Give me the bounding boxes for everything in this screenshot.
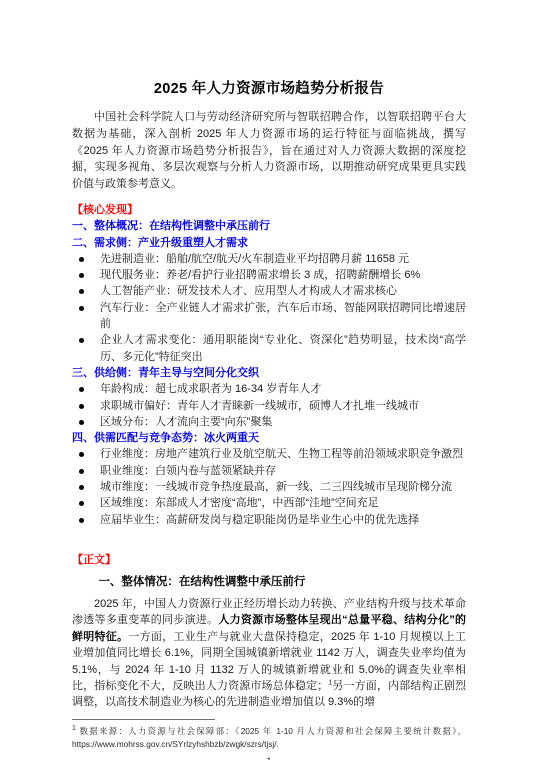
list-item: 企业人才需求变化：通用职能岗“专业化、资深化”趋势明显，技术岗“高学历、多元化”… (72, 332, 466, 365)
list-item: 区域分布：人才流向主要“向东”聚集 (72, 414, 466, 430)
list-item: 现代服务业：养老/看护行业招聘需求增长 3 成，招聘薪酬增长 6% (72, 267, 466, 283)
bullet-dot-icon (79, 469, 84, 474)
bullet-dot-icon (79, 273, 84, 278)
list-item: 城市维度：一线城市竞争热度最高，新一线、二三四线城市呈现阶梯分流 (72, 479, 466, 495)
main-body-section: 【正文】 一、整体情况：在结构性调整中承压前行 2025 年，中国人力资源行业正… (72, 551, 466, 711)
core-findings-header: 【核心发现】 (72, 202, 466, 218)
finding-heading-1: 一、整体概况：在结构性调整中承压前行 (72, 218, 466, 234)
list-item-text: 求职城市偏好：青年人才青睐新一线城市，硕博人才扎堆一线城市 (100, 400, 419, 412)
list-item-text: 行业维度：房地产建筑行业及航空航天、生物工程等前沿领域求职竞争激烈 (100, 448, 463, 460)
finding-heading-4: 四、供需匹配与竞争态势：冰火两重天 (72, 430, 466, 446)
report-title: 2025 年人力资源市场趋势分析报告 (72, 80, 466, 98)
document-page: 2025 年人力资源市场趋势分析报告 中国社会科学院人口与劳动经济研究所与智联招… (0, 0, 538, 760)
bullet-dot-icon (79, 420, 84, 425)
footnote-text: 数据来源：人力资源与社会保障部：《2025 年 1-10 月人力资源和社会保障主… (72, 726, 466, 750)
list-item-text: 区域分布：人才流向主要“向东”聚集 (100, 416, 272, 428)
body-section-heading: 一、整体情况：在结构性调整中承压前行 (98, 574, 466, 590)
list-item-text: 年龄构成：超七成求职者为 16-34 岁青年人才 (100, 383, 321, 395)
finding-heading-2: 二、需求侧：产业升级重塑人才需求 (72, 235, 466, 251)
list-item: 先进制造业：船舶/航空/航天/火车制造业平均招聘月薪 11658 元 (72, 251, 466, 267)
list-item-text: 汽车行业：全产业链人才需求扩张，汽车后市场、智能网联招聘同比增速居前 (100, 302, 466, 330)
list-item-text: 职业维度：白领内卷与蓝领紧缺并存 (100, 465, 276, 477)
list-item: 年龄构成：超七成求职者为 16-34 岁青年人才 (72, 381, 466, 397)
bullet-dot-icon (79, 518, 84, 523)
footnote: 1 数据来源：人力资源与社会保障部：《2025 年 1-10 月人力资源和社会保… (72, 725, 466, 752)
list-item: 职业维度：白领内卷与蓝领紧缺并存 (72, 463, 466, 479)
bullet-dot-icon (79, 257, 84, 262)
bullet-dot-icon (79, 387, 84, 392)
list-item: 行业维度：房地产建筑行业及航空航天、生物工程等前沿领域求职竞争激烈 (72, 446, 466, 462)
finding-heading-3: 三、供给侧：青年主导与空间分化交织 (72, 365, 466, 381)
bullet-dot-icon (79, 485, 84, 490)
bullet-dot-icon (79, 338, 84, 343)
list-item-text: 应届毕业生：高薪研发岗与稳定职能岗仍是毕业生心中的优先选择 (100, 514, 419, 526)
core-findings-section: 【核心发现】 一、整体概况：在结构性调整中承压前行 二、需求侧：产业升级重塑人才… (72, 202, 466, 528)
list-item: 汽车行业：全产业链人才需求扩张，汽车后市场、智能网联招聘同比增速居前 (72, 300, 466, 333)
footnote-marker: 1 (72, 725, 76, 732)
list-item: 人工智能产业：研发技术人才、应用型人才构成人才需求核心 (72, 283, 466, 299)
footnote-divider (72, 719, 215, 720)
body-paragraph: 2025 年，中国人力资源行业正经历增长动力转换、产业结构升级与技术革命渗透等多… (72, 596, 466, 711)
list-item-text: 企业人才需求变化：通用职能岗“专业化、资深化”趋势明显，技术岗“高学历、多元化”… (100, 334, 466, 362)
list-item-text: 城市维度：一线城市竞争热度最高，新一线、二三四线城市呈现阶梯分流 (100, 481, 452, 493)
list-item-text: 现代服务业：养老/看护行业招聘需求增长 3 成，招聘薪酬增长 6% (100, 269, 420, 281)
list-item-text: 人工智能产业：研发技术人才、应用型人才构成人才需求核心 (100, 285, 397, 297)
list-item: 区域维度：东部成人才密度“高地”，中西部“洼地”空间充足 (72, 495, 466, 511)
list-item-text: 先进制造业：船舶/航空/航天/火车制造业平均招聘月薪 11658 元 (100, 253, 409, 265)
page-number: 1 (72, 756, 466, 760)
list-item-text: 区域维度：东部成人才密度“高地”，中西部“洼地”空间充足 (100, 497, 379, 509)
bullet-dot-icon (79, 306, 84, 311)
bullet-dot-icon (79, 289, 84, 294)
bullet-dot-icon (79, 404, 84, 409)
bullet-dot-icon (79, 501, 84, 506)
bullet-dot-icon (79, 452, 84, 457)
intro-paragraph: 中国社会科学院人口与劳动经济研究所与智联招聘合作，以智联招聘平台大数据为基础，深… (72, 109, 466, 193)
list-item: 求职城市偏好：青年人才青睐新一线城市，硕博人才扎堆一线城市 (72, 398, 466, 414)
list-item: 应届毕业生：高薪研发岗与稳定职能岗仍是毕业生心中的优先选择 (72, 512, 466, 528)
main-body-header: 【正文】 (72, 551, 466, 567)
